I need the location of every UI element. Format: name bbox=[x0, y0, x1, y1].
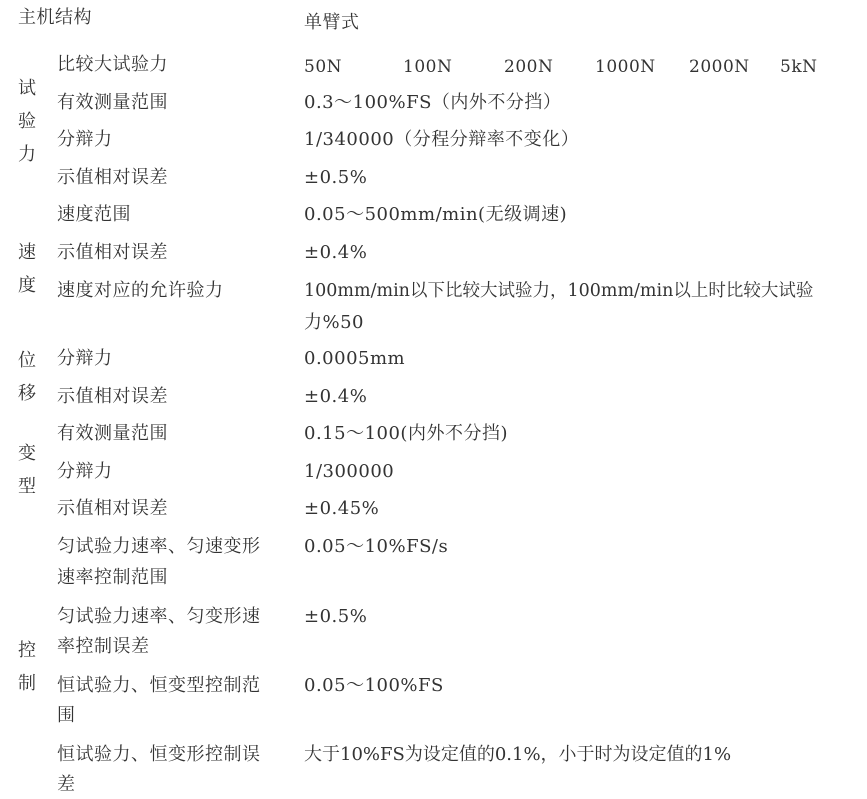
row-label-cont: 率控制误差 bbox=[57, 636, 150, 658]
row-value: 0.0005mm bbox=[304, 348, 405, 370]
capacity-50n: 50N bbox=[304, 56, 342, 78]
row-value: ±0.5% bbox=[304, 167, 367, 189]
row-label: 速度范围 bbox=[57, 204, 131, 226]
capacity-2000n: 2000N bbox=[689, 56, 750, 78]
row-label: 示值相对误差 bbox=[57, 498, 168, 520]
row-label: 分辩力 bbox=[57, 129, 113, 151]
row-label: 匀试验力速率、匀变形速 bbox=[57, 606, 261, 628]
row-label: 比较大试验力 bbox=[57, 54, 168, 76]
group-displacement: 位 移 bbox=[18, 350, 40, 405]
main-structure-value: 单臂式 bbox=[304, 12, 360, 34]
row-label: 示值相对误差 bbox=[57, 167, 168, 189]
row-label: 分辩力 bbox=[57, 348, 113, 370]
row-label: 恒试验力、恒变型控制范 bbox=[57, 675, 261, 697]
main-structure-label: 主机结构 bbox=[18, 7, 92, 29]
row-value: 0.05～10%FS/s bbox=[304, 536, 448, 558]
row-value: 0.05～500mm/min(无级调速) bbox=[304, 204, 567, 226]
group-test-force: 试 验 力 bbox=[18, 78, 40, 166]
row-label: 示值相对误差 bbox=[57, 386, 168, 408]
row-label: 速度对应的允许验力 bbox=[57, 280, 224, 302]
row-label: 示值相对误差 bbox=[57, 242, 168, 264]
row-value: ±0.4% bbox=[304, 386, 367, 408]
capacity-1000n: 1000N bbox=[595, 56, 656, 78]
capacity-100n: 100N bbox=[403, 56, 452, 78]
row-label: 有效测量范围 bbox=[57, 423, 168, 445]
row-value: ±0.4% bbox=[304, 242, 367, 264]
row-label: 分辩力 bbox=[57, 461, 113, 483]
row-value: ±0.5% bbox=[304, 606, 367, 628]
group-control: 控 制 bbox=[18, 640, 40, 695]
row-value-cont: 力%50 bbox=[304, 312, 364, 334]
row-value: ±0.45% bbox=[304, 498, 379, 520]
row-value: 100mm/min以下比较大试验力，100mm/min以上时比较大试验 bbox=[304, 280, 813, 302]
row-label: 匀试验力速率、匀速变形 bbox=[57, 536, 261, 558]
row-value: 1/340000（分程分辩率不变化） bbox=[304, 129, 579, 151]
row-value: 0.15～100(内外不分挡) bbox=[304, 423, 508, 445]
row-label: 恒试验力、恒变形控制误 bbox=[57, 744, 261, 766]
capacity-5kn: 5kN bbox=[780, 56, 818, 78]
row-value: 大于10%FS为设定值的0.1%，小于时为设定值的1% bbox=[304, 744, 731, 766]
row-value: 1/300000 bbox=[304, 461, 394, 483]
row-label-cont: 速率控制范围 bbox=[57, 567, 168, 589]
group-deformation: 变 型 bbox=[18, 443, 40, 498]
capacity-200n: 200N bbox=[504, 56, 553, 78]
row-label-cont: 围 bbox=[57, 705, 76, 727]
row-label: 有效测量范围 bbox=[57, 92, 168, 114]
row-label-cont: 差 bbox=[57, 774, 76, 796]
row-value: 0.05～100%FS bbox=[304, 675, 444, 697]
group-speed: 速 度 bbox=[18, 242, 40, 297]
row-value: 0.3～100%FS（内外不分挡） bbox=[304, 92, 561, 114]
